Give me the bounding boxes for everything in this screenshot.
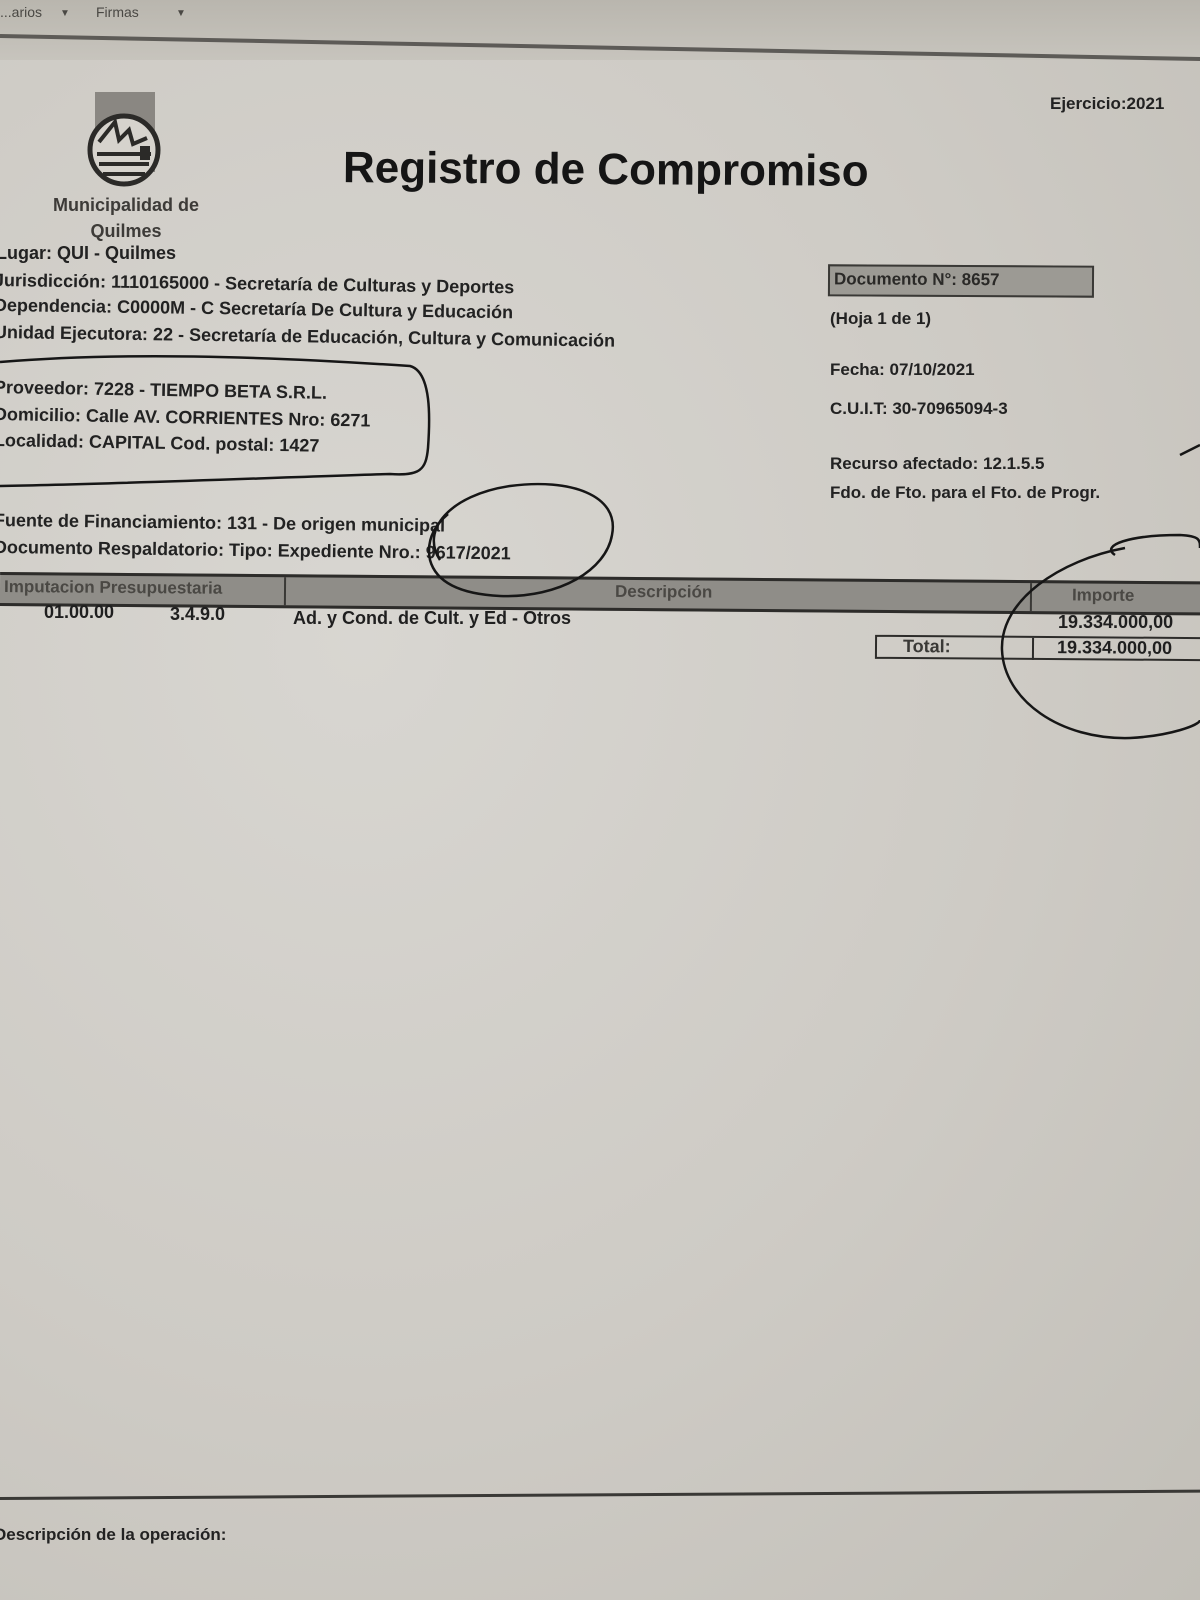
page-title: Registro de Compromiso (343, 143, 869, 197)
ink-stroke-right (1180, 445, 1200, 455)
total-divider (1032, 638, 1034, 660)
proveedor-field: Proveedor: 7228 - TIEMPO BETA S.R.L. (0, 377, 327, 404)
ejercicio-label: Ejercicio:2021 (1050, 94, 1164, 114)
cuit-field: C.U.I.T: 30-70965094-3 (830, 399, 1008, 419)
column-header-descripcion: Descripción (615, 582, 712, 603)
unidad-ejecutora-field: Unidad Ejecutora: 22 - Secretaría de Edu… (0, 322, 615, 352)
total-box: Total: 19.334.000,00 (875, 635, 1200, 661)
bottom-divider (0, 1490, 1200, 1500)
recurso-descripcion: Fdo. de Fto. para el Fto. de Progr. (830, 483, 1100, 503)
hoja-label: (Hoja 1 de 1) (830, 309, 931, 329)
codigo-programa: 01.00.00 (44, 602, 114, 623)
recurso-afectado-field: Recurso afectado: 12.1.5.5 (830, 454, 1044, 474)
localidad-field: Localidad: CAPITAL Cod. postal: 1427 (0, 430, 320, 457)
chevron-down-icon[interactable]: ▼ (176, 8, 186, 19)
documento-respaldatorio-field: Documento Respaldatorio: Tipo: Expedient… (0, 537, 511, 564)
documento-numero: Documento N°: 8657 (834, 269, 1000, 289)
column-divider (284, 577, 286, 605)
descripcion-operacion-label: Descripción de la operación: (0, 1525, 226, 1545)
column-header-imputacion: Imputacion Presupuestaria (4, 577, 222, 599)
menu-item-usuarios[interactable]: ...arios (0, 4, 42, 20)
menu-item-firmas[interactable]: Firmas (96, 4, 139, 20)
total-label: Total: (903, 636, 951, 657)
chevron-down-icon[interactable]: ▼ (60, 8, 70, 19)
municipality-logo-icon (85, 92, 163, 190)
column-header-importe: Importe (1072, 585, 1134, 605)
codigo-partida: 3.4.9.0 (170, 604, 225, 625)
dependencia-field: Dependencia: C0000M - C Secretaría De Cu… (0, 295, 513, 323)
domicilio-field: Domicilio: Calle AV. CORRIENTES Nro: 627… (0, 404, 371, 432)
fuente-financiamiento-field: Fuente de Financiamiento: 131 - De orige… (0, 510, 445, 537)
documento-numero-box: Documento N°: 8657 (828, 264, 1094, 297)
document-page: ...arios ▼ Firmas ▼ Municipalidad de Qui… (0, 0, 1200, 1600)
column-divider (1030, 583, 1032, 611)
lugar-field: Lugar: QUI - Quilmes (0, 243, 176, 264)
row-importe: 19.334.000,00 (1058, 612, 1173, 633)
row-descripcion: Ad. y Cond. de Cult. y Ed - Otros (293, 608, 571, 629)
jurisdiccion-field: Jurisdicción: 1110165000 - Secretaría de… (0, 270, 514, 298)
total-value: 19.334.000,00 (1057, 637, 1172, 659)
fecha-field: Fecha: 07/10/2021 (830, 360, 975, 380)
organization-name: Municipalidad de Quilmes (42, 192, 210, 244)
